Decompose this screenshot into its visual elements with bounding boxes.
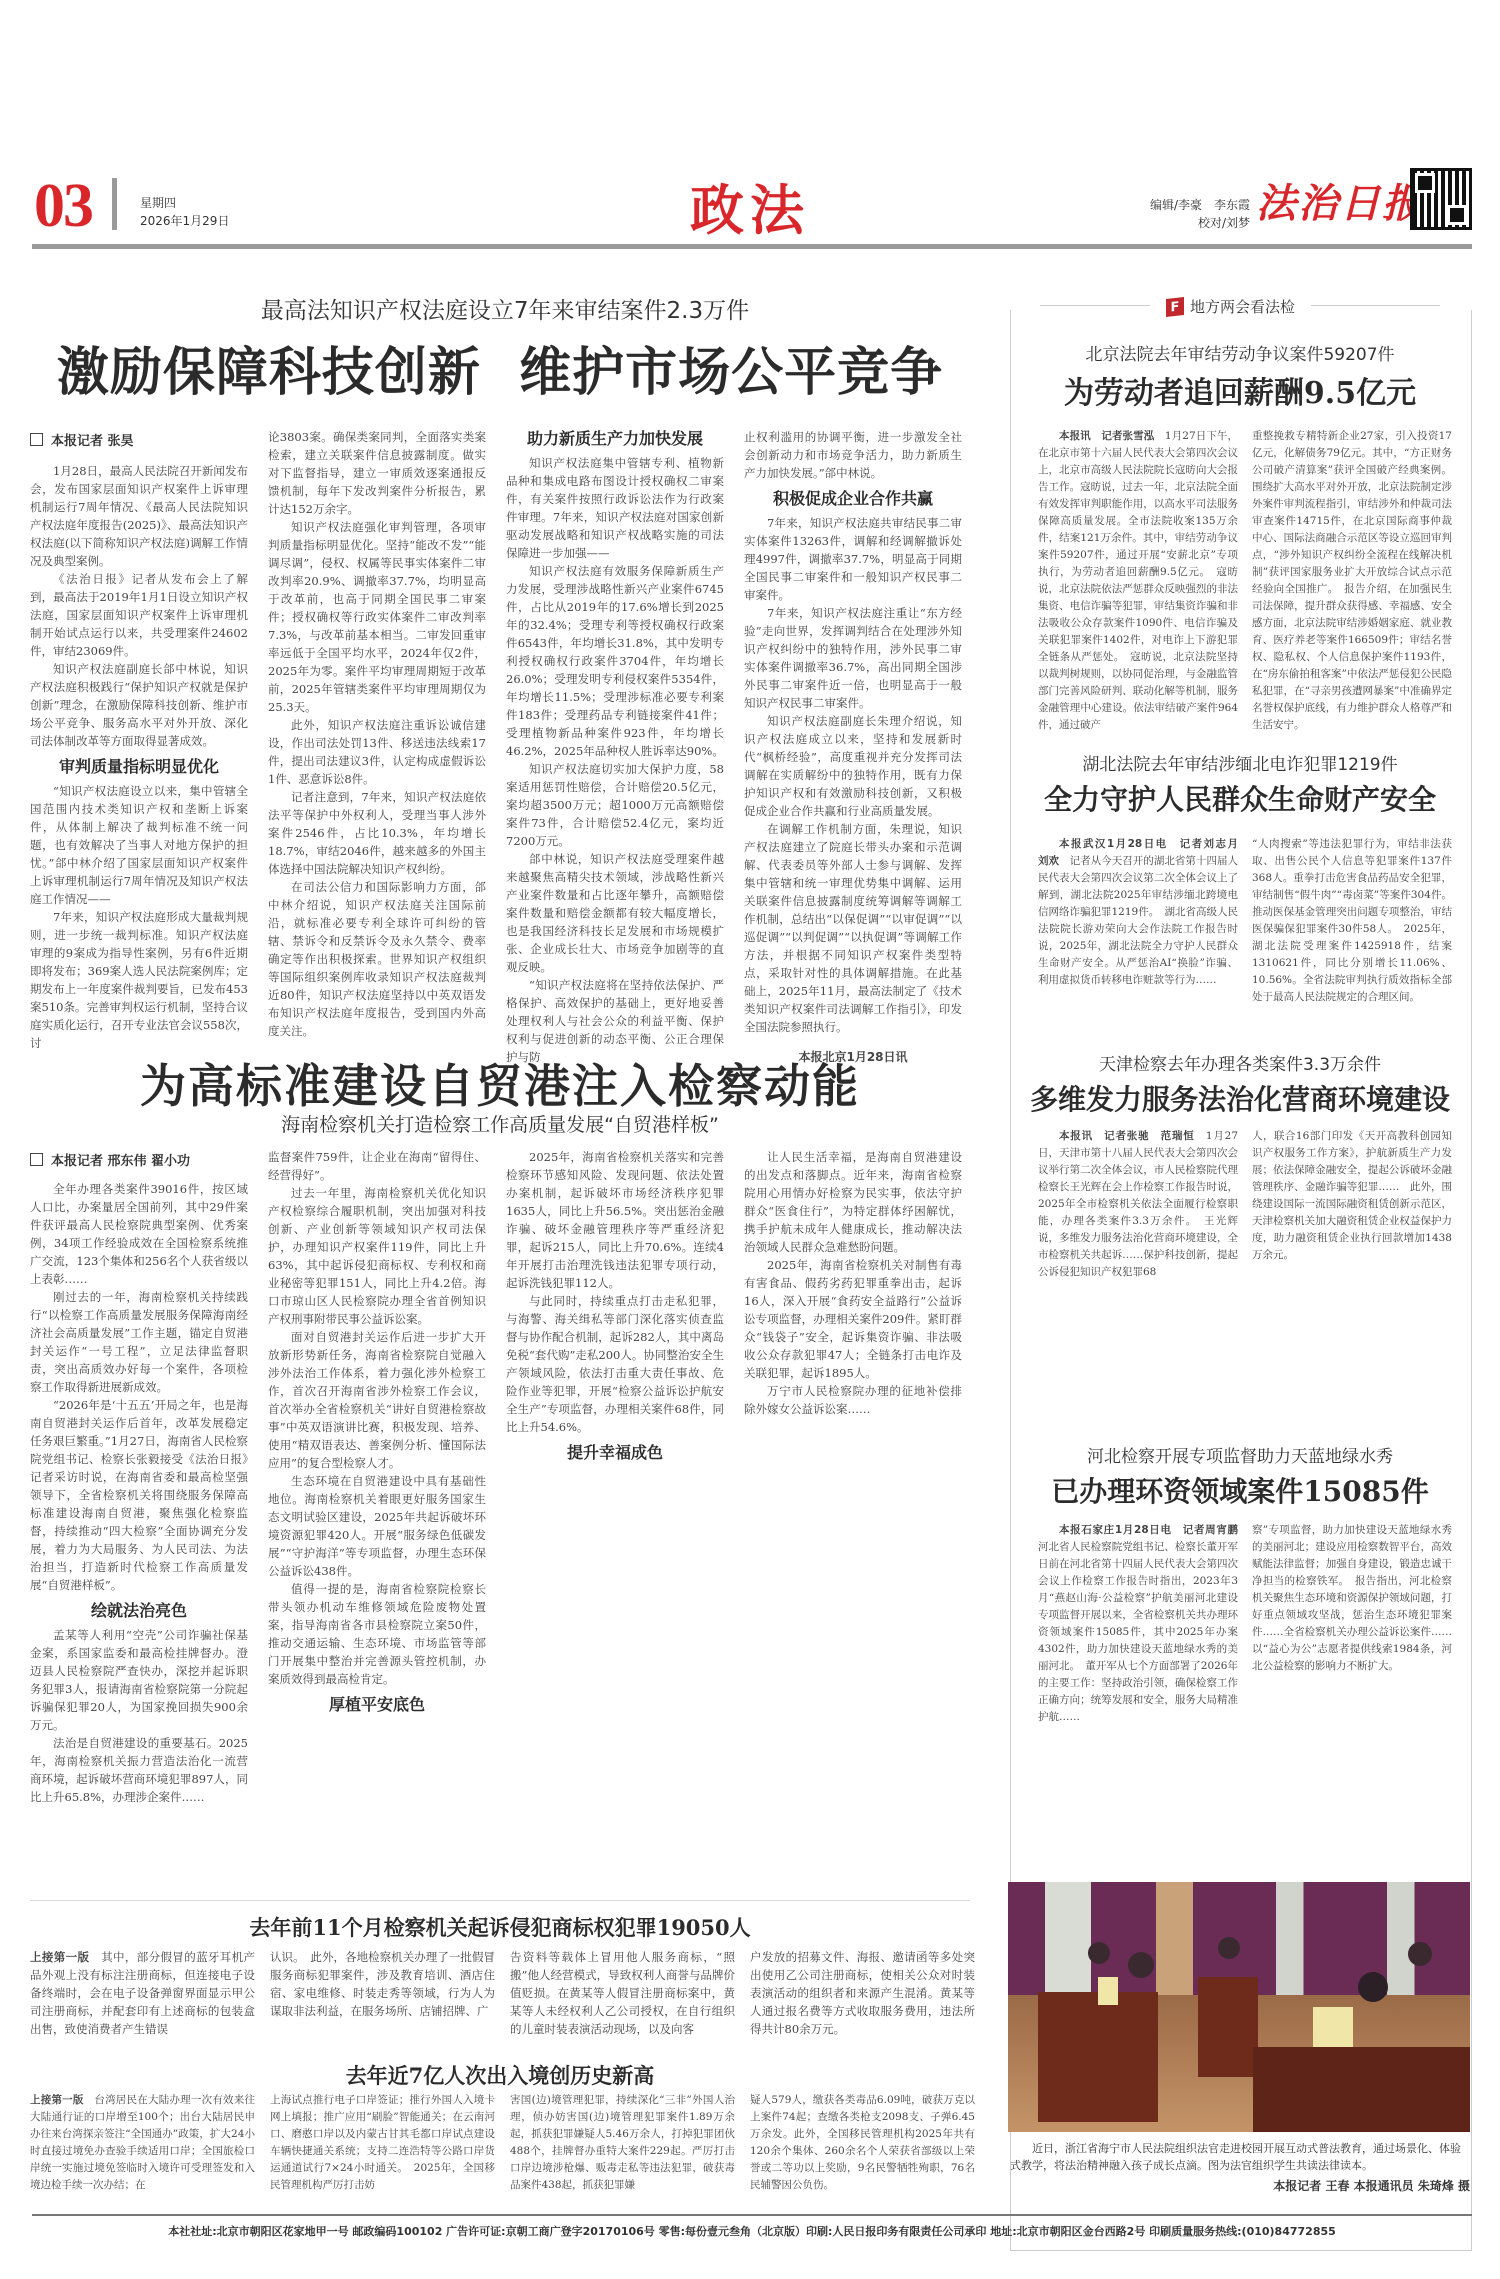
bottom1-column-1: 上接第一版 其中，部分假冒的蓝牙耳机产品外观上没有标注注册商标，但连接电子设备终…: [30, 1948, 255, 2038]
photo-child: [1358, 1972, 1388, 2002]
photo-desk: [1253, 2047, 1470, 2132]
editors: 编辑/李豪 李东霞: [1120, 196, 1250, 214]
photo-child: [1128, 1952, 1154, 1978]
issue-date: 2026年1月29日: [140, 212, 229, 230]
photo-child: [1088, 1942, 1110, 1964]
photo-child: [1408, 1942, 1432, 1966]
lead-column-1: 1月28日，最高人民法院召开新闻发布会，发布国家层面知识产权案件上诉审理机制运行…: [30, 462, 248, 1052]
continued-label: 上接第一版: [30, 1950, 89, 1964]
masthead-rule: [32, 244, 1472, 249]
bottom1-column-3: 告资料等载体上冒用他人服务商标，“照搬”他人经营模式，导致权利人商誉与品牌价值贬…: [510, 1948, 735, 2038]
sidebar-headline-4[interactable]: 已办理环资领域案件15085件: [1010, 1470, 1470, 1510]
subhead-productivity: 助力新质生产力加快发展: [506, 430, 724, 448]
sidebar2-column-1: 本报武汉1月28日电 记者刘志月 刘欢 记者从今天召开的湖北省第十四届人民代表大…: [1038, 836, 1238, 989]
sidebar3-column-1: 本报讯 记者张驰 范瑞恒 1月27日，天津市第十八届人民代表大会第四次会议举行第…: [1038, 1128, 1238, 1281]
sidebar2-column-2: “人肉搜索”等违法犯罪行为，审结非法获取、出售公民个人信息等犯罪案件137件36…: [1252, 836, 1452, 1006]
bottom2-column-2: 上海试点推行电子口岸签证；推行外国人入境卡网上填报；推广应用“刷脸”智能通关；在…: [270, 2092, 495, 2194]
masthead-divider: [112, 178, 117, 230]
page-number: 03: [34, 175, 92, 237]
sidebar4-column-2: 察”专项监督，助力加快建设天蓝地绿水秀的美丽河北；建设应用检察数智平台，高效赋能…: [1252, 1522, 1452, 1675]
bottom2-headline[interactable]: 去年近7亿人次出入境创历史新高: [20, 2060, 980, 2090]
lead-kicker: 最高法知识产权法庭设立7年来审结案件2.3万件: [40, 292, 970, 325]
byline-box-icon: [30, 1153, 43, 1166]
dateline: 本报讯 记者张驰 范瑞恒: [1059, 1130, 1195, 1142]
lead-column-2: 论3803案。确保类案同判，全面落实类案检索，建立关联案件信息披露制度。做实对下…: [268, 428, 486, 1040]
photo-credit: 本报记者 王春 本报通讯员 朱琦烽 摄: [1010, 2178, 1470, 2195]
lead-headline[interactable]: 激励保障科技创新 维护市场公平竞争: [20, 330, 980, 405]
bottom2-column-1: 上接第一版 台湾居民在大陆办理一次有效来往大陆通行证的口岸增至100个；出台大陆…: [30, 2092, 255, 2194]
newspaper-logo: 法治日报: [1256, 172, 1424, 229]
second-column-1: 全年办理各类案件39016件，按区域人口比，办案量居全国前列，其中29件案件获评…: [30, 1180, 248, 1806]
second-headline[interactable]: 为高标准建设自贸港注入检察动能: [20, 1050, 980, 1116]
photo-caption: 近日，浙江省海宁市人民法院组织法官走进校园开展互动式普法教育，通过场景化、体验式…: [1010, 2140, 1470, 2174]
subhead-happiness: 提升幸福成色: [506, 1444, 724, 1462]
sidebar4-column-1: 本报石家庄1月28日电 记者周宵鹏 河北省人民检察院党组书记、检察长董开军日前在…: [1038, 1522, 1238, 1726]
second-column-4: 让人民生活幸福，是海南自贸港建设的出发点和落脚点。近年来，海南省检察院用心用情办…: [744, 1148, 962, 1418]
dateline: 本报讯 记者张雪泓: [1059, 430, 1154, 442]
bottom1-column-2: 认识。 此外，各地检察机关办理了一批假冒服务商标犯罪案件，涉及教育培训、酒店住宿…: [270, 1948, 495, 2020]
f-logo-icon: F: [1166, 297, 1184, 317]
sidebar-headline-2[interactable]: 全力守护人民群众生命财产安全: [1010, 778, 1470, 818]
photo-book: [1098, 1977, 1118, 2005]
bottom2-column-4: 疑人579人，缴获各类毒品6.09吨，破获万克以上案件74起；查缴各类枪支209…: [750, 2092, 975, 2194]
byline-box-icon: [30, 433, 43, 446]
sidebar-kicker-1: 北京法院去年审结劳动争议案件59207件: [1010, 340, 1470, 365]
lead-byline: 本报记者 张昊: [30, 430, 134, 449]
subhead-safety: 厚植平安底色: [268, 1696, 486, 1714]
editor-credits: 编辑/李豪 李东霞 校对/刘梦: [1120, 196, 1250, 232]
subhead-rule-of-law: 绘就法治亮色: [30, 1602, 248, 1620]
divider: [30, 1900, 970, 1901]
sidebar-kicker-4: 河北检察开展专项监督助力天蓝地绿水秀: [1010, 1442, 1470, 1467]
second-deck: 海南检察机关打造检察工作高质量发展“自贸港样板”: [20, 1110, 980, 1137]
photo-desk: [1038, 1992, 1158, 2122]
continued-label: 上接第一版: [30, 2094, 84, 2106]
second-byline: 本报记者 邢东伟 翟小功: [30, 1150, 190, 1169]
sidebar1-column-1: 本报讯 记者张雪泓 1月27日下午，在北京市第十六届人民代表大会第四次会议上，北…: [1038, 428, 1238, 734]
sidebar3-column-2: 人，联合16部门印发《天开高教科创园知识产权服务工作方案》，护航新质生产力发展；…: [1252, 1128, 1452, 1264]
bottom1-column-4: 户发放的招募文件、海报、邀请函等多处突出使用乙公司注册商标，使相关公众对时装表演…: [750, 1948, 975, 2038]
photo-child: [1218, 1937, 1240, 1959]
second-column-2: 监督案件759件，让企业在海南“留得住、经营得好”。 过去一年里，海南检察机关优…: [268, 1148, 486, 1720]
proofreader: 校对/刘梦: [1120, 214, 1250, 232]
classroom-photo[interactable]: [1008, 1882, 1470, 2132]
sidebar1-column-2: 重整挽救专精特新企业27家，引入投资17亿元，化解债务79亿元。其中，“方正财务…: [1252, 428, 1452, 734]
subhead-cooperation: 积极促成企业合作共赢: [744, 490, 962, 508]
lead-column-4: 止权利滥用的协调平衡，进一步激发全社会创新动力和市场竞争活力，助力新质生产力加快…: [744, 428, 962, 1066]
qr-code-icon[interactable]: [1410, 168, 1472, 230]
masthead-date: 星期四 2026年1月29日: [140, 194, 229, 230]
photo-desk: [1198, 1977, 1258, 2077]
lead-column-3: 助力新质生产力加快发展 知识产权法庭集中管辖专利、植物新品种和集成电路布图设计授…: [506, 428, 724, 1066]
sidebar-kicker-3: 天津检察去年办理各类案件3.3万余件: [1010, 1050, 1470, 1075]
weekday: 星期四: [140, 194, 229, 212]
second-column-3: 2025年，海南省检察机关落实和完善检察环节感知风险、发现问题、依法处置办案机制…: [506, 1148, 724, 1468]
sidebar-tag: F 地方两会看法检: [1150, 296, 1311, 317]
sidebar-kicker-2: 湖北法院去年审结涉缅北电诈犯罪1219件: [1010, 750, 1470, 775]
sidebar-headline-3[interactable]: 多维发力服务法治化营商环境建设: [1010, 1078, 1470, 1118]
imprint-footer: 本社社址:北京市朝阳区花家地甲一号 邮政编码100102 广告许可证:京朝工商广…: [32, 2223, 1472, 2239]
dateline: 本报石家庄1月28日电 记者周宵鹏: [1059, 1524, 1238, 1536]
section-title: 政法: [690, 168, 810, 245]
footer-rule: [32, 2214, 1472, 2216]
bottom1-headline[interactable]: 去年前11个月检察机关起诉侵犯商标权犯罪19050人: [20, 1912, 980, 1942]
sidebar-headline-1[interactable]: 为劳动者追回薪酬9.5亿元: [1010, 368, 1470, 412]
subhead-quality: 审判质量指标明显优化: [30, 758, 248, 776]
bottom2-column-3: 害国(边)境管理犯罪，持续深化“三非”外国人治理，侦办妨害国(边)境管理犯罪案件…: [510, 2092, 735, 2194]
